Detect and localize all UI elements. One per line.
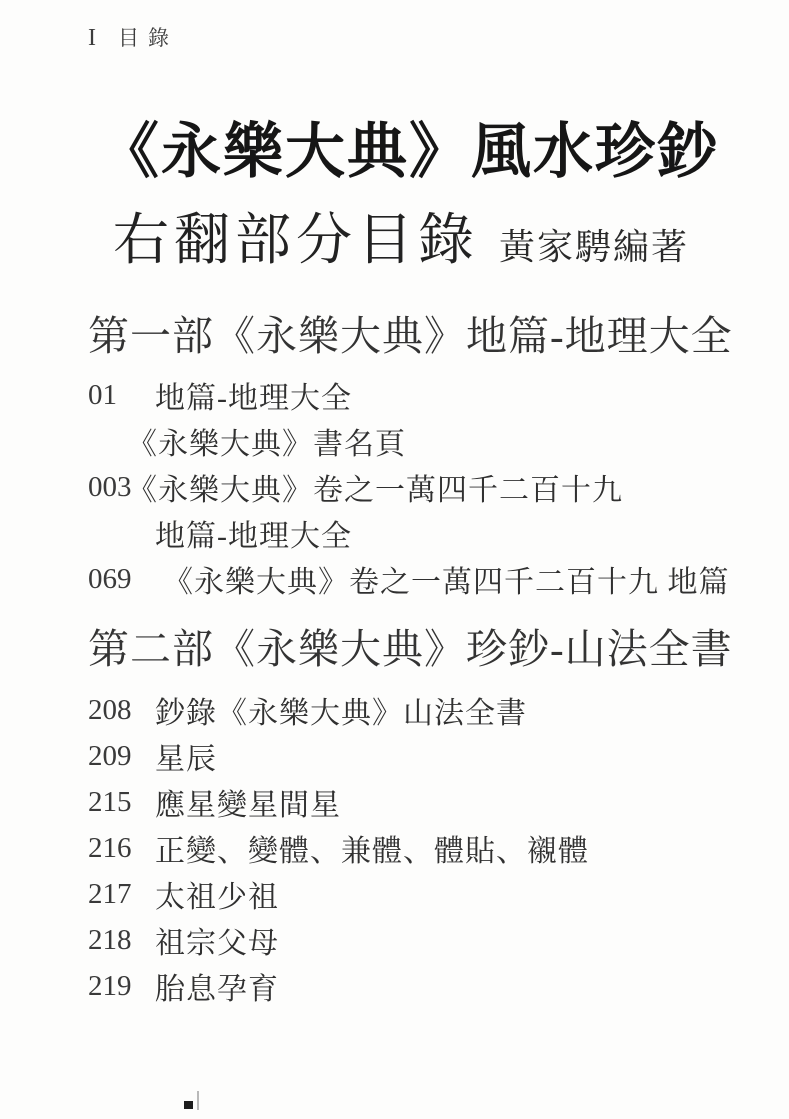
scan-speck-artifact <box>184 1101 193 1109</box>
toc-entry: 215 應星變星間星 <box>88 779 759 825</box>
toc-entry-title: 星辰 <box>155 734 217 778</box>
toc-entry: 219 胎息孕育 <box>88 963 759 1009</box>
toc-entry-page: 208 <box>88 694 155 727</box>
part2-heading: 第二部《永樂大典》珍鈔-山法全書 <box>88 616 733 675</box>
toc-entry-title: 《永樂大典》卷之一萬四千二百十九 <box>127 465 623 509</box>
toc-entry-title: 鈔錄《永樂大典》山法全書 <box>155 688 527 732</box>
toc-entry-title: 地篇-地理大全 <box>155 511 352 555</box>
section-subtitle: 右翻部分目錄 <box>113 196 479 276</box>
toc-entry-page: 209 <box>88 740 155 773</box>
toc-entry: 208 鈔錄《永樂大典》山法全書 <box>88 687 759 733</box>
toc-entry: 217 太祖少祖 <box>88 871 759 917</box>
toc-page: I 目錄 《永樂大典》風水珍鈔 右翻部分目錄 黃家騁編著 第一部《永樂大典》地篇… <box>0 0 789 1119</box>
running-header: I 目錄 <box>88 22 178 52</box>
toc-entry-page: 069 <box>88 563 155 596</box>
scan-line-artifact <box>197 1091 199 1110</box>
toc-entry: 216 正變、變體、兼體、體貼、襯體 <box>88 825 759 871</box>
book-title: 《永樂大典》風水珍鈔 <box>99 104 719 190</box>
toc-entry-page: 218 <box>88 924 155 957</box>
toc-entry-page: 216 <box>88 832 155 865</box>
toc-entry-page: 219 <box>88 970 155 1003</box>
part2-entry-list: 208 鈔錄《永樂大典》山法全書 209 星辰 215 應星變星間星 216 正… <box>88 687 759 1009</box>
part1-heading: 第一部《永樂大典》地篇-地理大全 <box>88 303 733 362</box>
toc-entry-title: 正變、變體、兼體、體貼、襯體 <box>155 826 589 870</box>
toc-entry: 《永樂大典》書名頁 <box>88 418 759 464</box>
part1-entry-list: 01 地篇-地理大全 《永樂大典》書名頁 003 《永樂大典》卷之一萬四千二百十… <box>88 372 759 602</box>
toc-entry-title: 《永樂大典》書名頁 <box>127 419 406 463</box>
running-header-page-number: I <box>88 25 96 52</box>
toc-entry: 069 《永樂大典》卷之一萬四千二百十九 地篇 <box>88 556 759 602</box>
toc-entry-title: 胎息孕育 <box>155 964 279 1008</box>
toc-entry: 218 祖宗父母 <box>88 917 759 963</box>
toc-entry: 地篇-地理大全 <box>88 510 759 556</box>
subtitle-row: 右翻部分目錄 黃家騁編著 <box>113 196 689 276</box>
toc-entry-page: 01 <box>88 379 155 412</box>
toc-entry-title: 太祖少祖 <box>155 872 279 916</box>
toc-entry-title: 祖宗父母 <box>155 918 279 962</box>
toc-entry: 209 星辰 <box>88 733 759 779</box>
author-byline: 黃家騁編著 <box>499 219 689 270</box>
toc-entry: 003 《永樂大典》卷之一萬四千二百十九 <box>88 464 759 510</box>
toc-entry: 01 地篇-地理大全 <box>88 372 759 418</box>
toc-entry-page: 217 <box>88 878 155 911</box>
running-header-title: 目錄 <box>118 22 178 52</box>
toc-entry-title: 《永樂大典》卷之一萬四千二百十九 地篇 <box>163 557 730 601</box>
toc-entry-title: 應星變星間星 <box>155 780 341 824</box>
toc-entry-page: 215 <box>88 786 155 819</box>
toc-entry-title: 地篇-地理大全 <box>155 373 352 417</box>
